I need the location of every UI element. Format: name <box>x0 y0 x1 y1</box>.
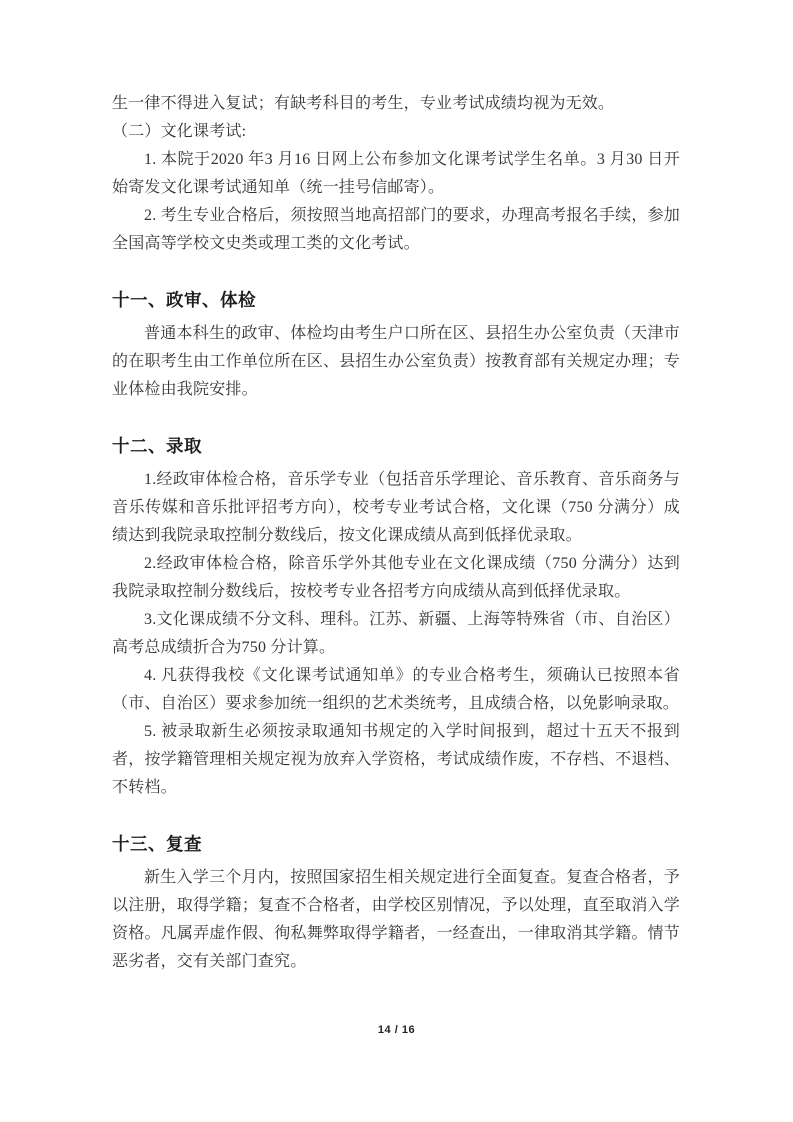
paragraph-admission-item-1: 1.经政审体检合格，音乐学专业（包括音乐学理论、音乐教育、音乐商务与音乐传媒和音… <box>112 466 680 550</box>
paragraph-recheck: 新生入学三个月内，按照国家招生相关规定进行全面复查。复查合格者，予以注册，取得学… <box>112 864 680 976</box>
section-heading-13-recheck: 十三、复查 <box>112 833 680 855</box>
paragraph-review-physical: 普通本科生的政审、体检均由考生户口所在区、县招生办公室负责（天津市的在职考生由工… <box>112 320 680 404</box>
document-page: 生一律不得进入复试；有缺考科目的考生，专业考试成绩均视为无效。 （二）文化课考试… <box>0 0 793 1122</box>
paragraph-admission-item-4: 4. 凡获得我校《文化课考试通知单》的专业合格考生，须确认已按照本省（市、自治区… <box>112 662 680 718</box>
paragraph-subsection-label: （二）文化课考试: <box>112 118 680 146</box>
page-number: 14 / 16 <box>0 1024 793 1036</box>
paragraph-admission-item-2: 2.经政审体检合格，除音乐学外其他专业在文化课成绩（750 分满分）达到我院录取… <box>112 550 680 606</box>
section-heading-11-review-physical: 十一、政审、体检 <box>112 289 680 311</box>
paragraph-admission-item-5: 5. 被录取新生必须按录取通知书规定的入学时间报到，超过十五天不报到者，按学籍管… <box>112 718 680 802</box>
paragraph-continuation: 生一律不得进入复试；有缺考科目的考生，专业考试成绩均视为无效。 <box>112 90 680 118</box>
paragraph-culture-exam-item-2: 2. 考生专业合格后，须按照当地高招部门的要求，办理高考报名手续，参加全国高等学… <box>112 202 680 258</box>
section-heading-12-admission: 十二、录取 <box>112 435 680 457</box>
paragraph-culture-exam-item-1: 1. 本院于2020 年3 月16 日网上公布参加文化课考试学生名单。3 月30… <box>112 146 680 202</box>
document-body: 生一律不得进入复试；有缺考科目的考生，专业考试成绩均视为无效。 （二）文化课考试… <box>112 90 680 976</box>
paragraph-admission-item-3: 3.文化课成绩不分文科、理科。江苏、新疆、上海等特殊省（市、自治区）高考总成绩折… <box>112 606 680 662</box>
